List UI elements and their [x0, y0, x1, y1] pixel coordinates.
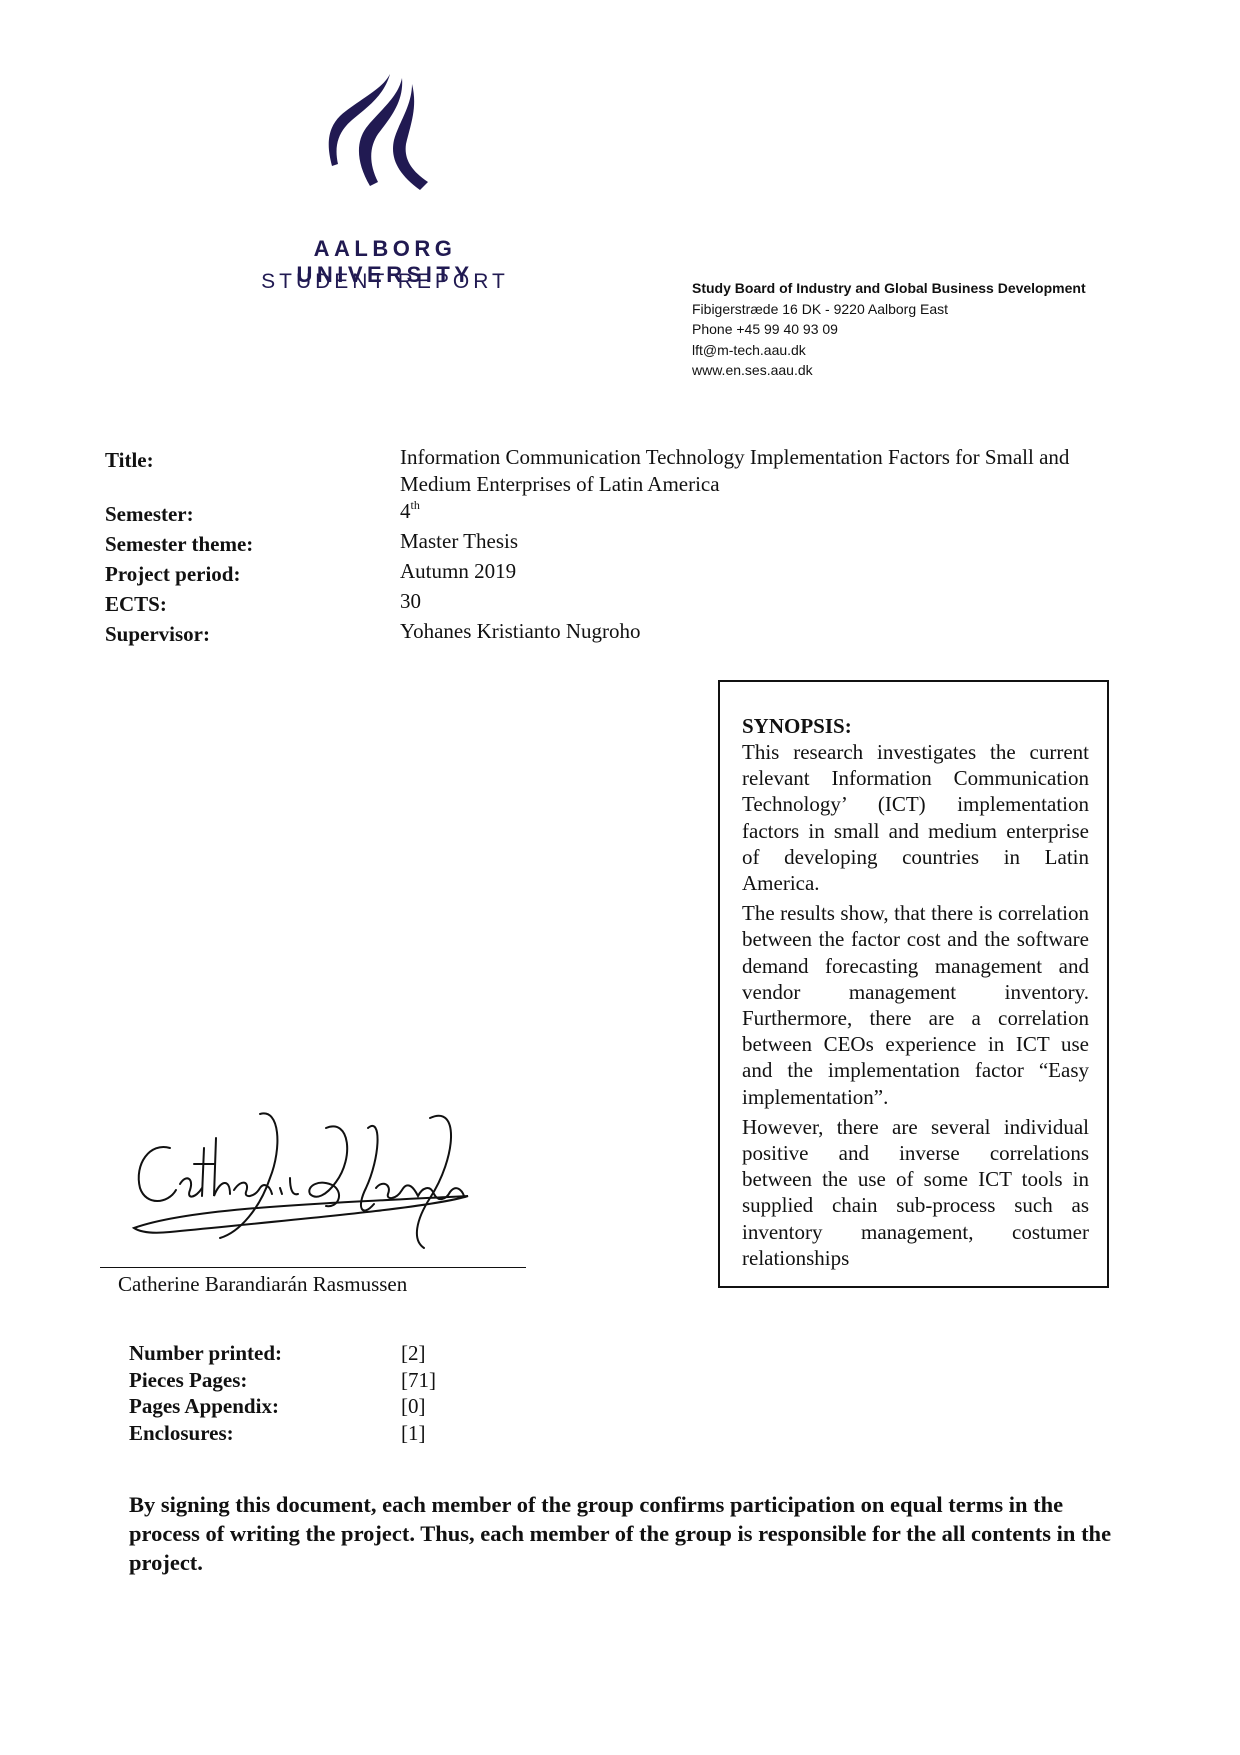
count-label: Pieces Pages:	[129, 1367, 401, 1394]
count-row: Pieces Pages: [71]	[129, 1367, 436, 1394]
count-value: [1]	[401, 1420, 426, 1447]
supervisor-label: Supervisor:	[105, 621, 395, 648]
report-cover-page: AALBORG UNIVERSITY STUDENT REPORT Study …	[0, 0, 1240, 1755]
handwritten-signature-icon	[130, 1108, 490, 1256]
count-label: Number printed:	[129, 1340, 401, 1367]
meta-row-supervisor: Supervisor: Yohanes Kristianto Nugroho	[105, 618, 1125, 648]
page-counts: Number printed: [2] Pieces Pages: [71] P…	[129, 1340, 436, 1446]
count-row: Number printed: [2]	[129, 1340, 436, 1367]
count-value: [71]	[401, 1367, 436, 1394]
project-metadata: Title: Information Communication Technol…	[105, 444, 1125, 648]
meta-row-period: Project period: Autumn 2019	[105, 558, 1125, 588]
synopsis-paragraph: The results show, that there is correlat…	[742, 900, 1089, 1110]
meta-row-ects: ECTS: 30	[105, 588, 1125, 618]
study-board-name: Study Board of Industry and Global Busin…	[692, 278, 1086, 299]
count-value: [2]	[401, 1340, 426, 1367]
supervisor-value: Yohanes Kristianto Nugroho	[400, 618, 1120, 645]
contact-phone: Phone +45 99 40 93 09	[692, 319, 1086, 340]
count-label: Pages Appendix:	[129, 1393, 401, 1420]
synopsis-heading: SYNOPSIS:	[742, 713, 1089, 739]
meta-row-title: Title: Information Communication Technol…	[105, 444, 1125, 498]
semester-label: Semester:	[105, 501, 395, 528]
period-label: Project period:	[105, 561, 395, 588]
count-row: Pages Appendix: [0]	[129, 1393, 436, 1420]
title-value: Information Communication Technology Imp…	[400, 444, 1120, 498]
study-board-contact: Study Board of Industry and Global Busin…	[692, 278, 1086, 381]
meta-row-semester: Semester: 4th	[105, 498, 1125, 528]
ects-label: ECTS:	[105, 591, 395, 618]
ects-value: 30	[400, 588, 1120, 615]
count-label: Enclosures:	[129, 1420, 401, 1447]
meta-row-theme: Semester theme: Master Thesis	[105, 528, 1125, 558]
contact-address: Fibigerstræde 16 DK - 9220 Aalborg East	[692, 299, 1086, 320]
count-value: [0]	[401, 1393, 426, 1420]
group-declaration: By signing this document, each member of…	[129, 1490, 1114, 1577]
theme-label: Semester theme:	[105, 531, 395, 558]
synopsis-paragraph: This research investigates the current r…	[742, 739, 1089, 896]
semester-value: 4th	[400, 498, 1120, 525]
synopsis-paragraph: However, there are several individual po…	[742, 1114, 1089, 1271]
title-label: Title:	[105, 447, 395, 474]
contact-website[interactable]: www.en.ses.aau.dk	[692, 360, 1086, 381]
period-value: Autumn 2019	[400, 558, 1120, 585]
count-row: Enclosures: [1]	[129, 1420, 436, 1447]
university-logo-icon	[318, 70, 438, 200]
report-type: STUDENT REPORT	[240, 270, 530, 294]
synopsis-box: SYNOPSIS: This research investigates the…	[718, 680, 1109, 1288]
contact-email[interactable]: lft@m-tech.aau.dk	[692, 340, 1086, 361]
signature-line	[100, 1267, 526, 1268]
signatory-name: Catherine Barandiarán Rasmussen	[118, 1272, 407, 1297]
theme-value: Master Thesis	[400, 528, 1120, 555]
